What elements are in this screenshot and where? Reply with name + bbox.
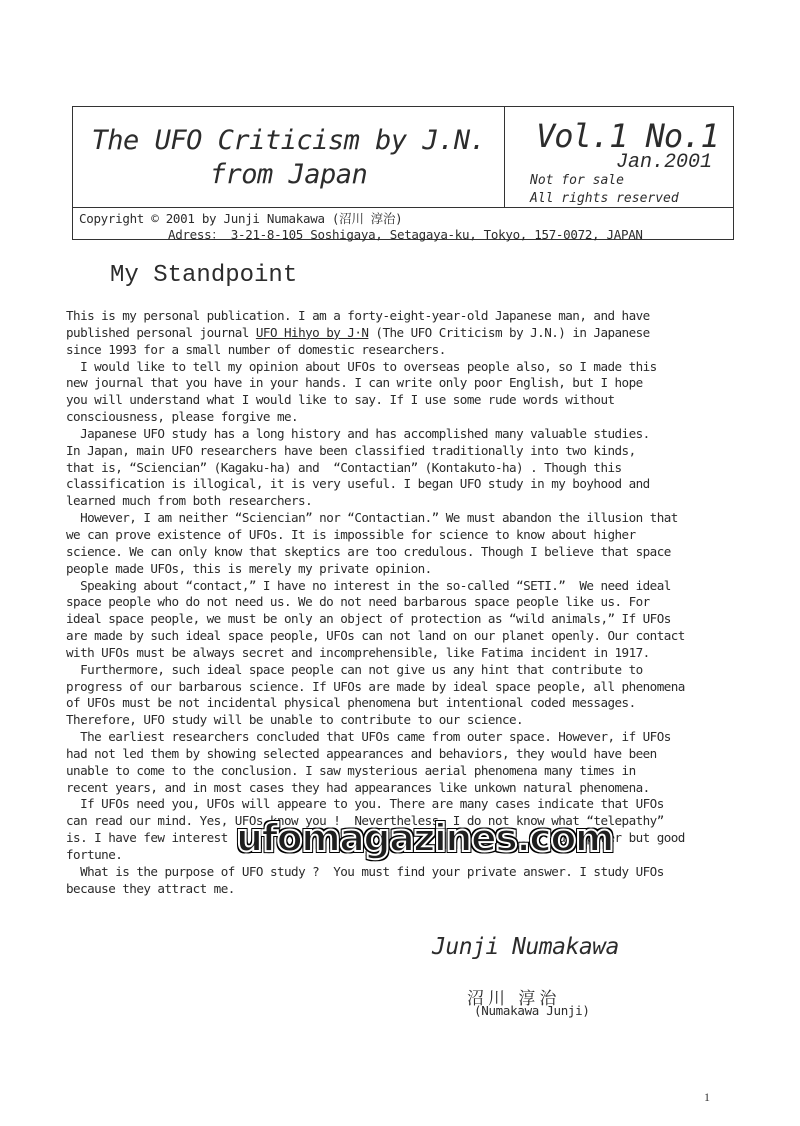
rights-note: All rights reserved (530, 191, 679, 206)
paragraph: This is my personal publication. I am a … (66, 308, 746, 359)
paragraph: However, I am neither “Sciencian” nor “C… (66, 510, 746, 577)
paragraph: The earliest researchers concluded that … (66, 729, 746, 796)
paragraph: Japanese UFO study has a long history an… (66, 426, 746, 510)
page-number: 1 (704, 1090, 710, 1105)
paragraph: Furthermore, such ideal space people can… (66, 662, 746, 729)
issue-info: Vol.1 No.1 Jan.2001 Not for sale All rig… (506, 107, 734, 207)
publication-title: The UFO Criticism by J.N. from Japan (73, 107, 505, 207)
journal-title: UFO Hihyo by J·N (256, 325, 369, 340)
issue-date: Jan.2001 (616, 151, 712, 174)
article-heading: My Standpoint (110, 262, 297, 289)
masthead: The UFO Criticism by J.N. from Japan Vol… (72, 106, 734, 240)
paragraph: Speaking about “contact,” I have no inte… (66, 578, 746, 662)
title-line-2: from Japan (73, 158, 504, 192)
signature-romaji: (Numakawa Junji) (474, 1003, 590, 1018)
signature-name: Junji Numakawa (432, 934, 619, 960)
volume-number: Vol.1 No.1 (536, 117, 719, 155)
title-line-1: The UFO Criticism by J.N. (73, 124, 504, 158)
watermark: ufomagazines.com (236, 816, 576, 860)
paragraph: What is the purpose of UFO study ? You m… (66, 864, 746, 898)
article-body: This is my personal publication. I am a … (66, 308, 746, 898)
masthead-top: The UFO Criticism by J.N. from Japan Vol… (73, 107, 733, 208)
not-for-sale-note: Not for sale (530, 173, 624, 188)
address-line: Adress： 3-21-8-105 Soshigaya, Setagaya-k… (168, 225, 643, 243)
paragraph: I would like to tell my opinion about UF… (66, 359, 746, 426)
